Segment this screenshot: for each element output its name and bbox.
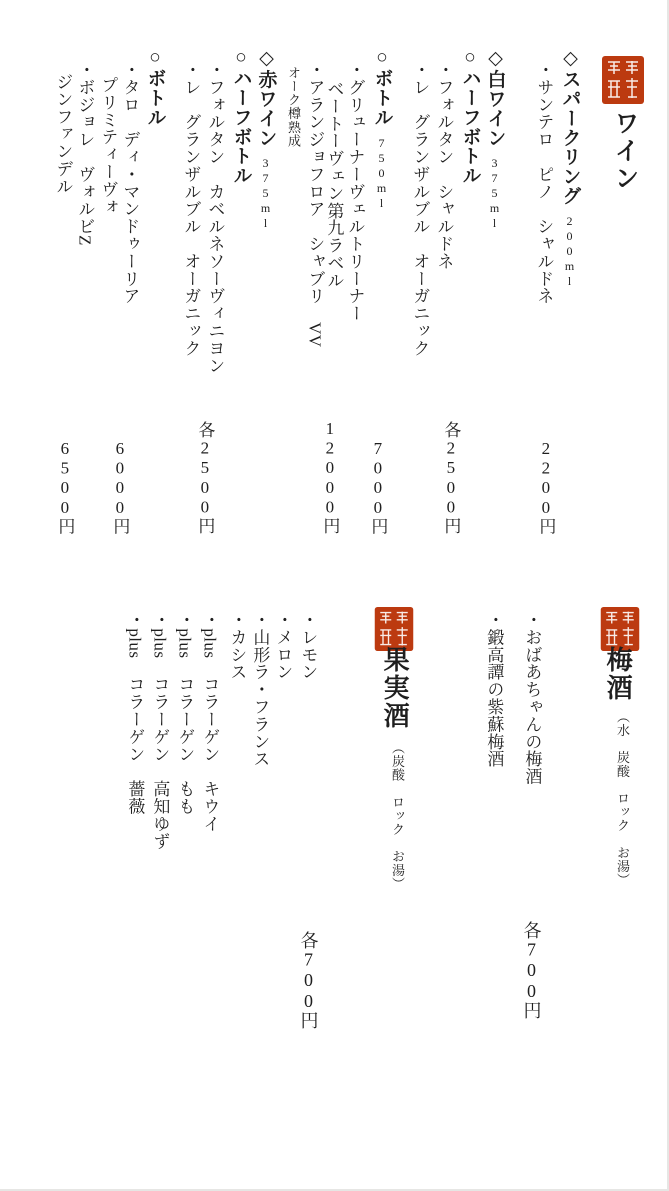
menu-item-talo-line2: プリミティーヴォ — [98, 76, 116, 215]
kajitsushu-serving-note: （炭酸 ロック お湯） — [390, 741, 404, 891]
bottle-size-label: 750ml — [375, 136, 389, 211]
hanko-seal-graphic — [602, 56, 644, 104]
menu-item-gruner: ・グリューナーヴェルトリーナー — [345, 61, 363, 322]
bottle-header-white-label: ○ボトル — [372, 47, 393, 127]
price-kajitsushu: 各700円 — [298, 931, 317, 1030]
half-bottle-header-white: ○ハーフボトル — [459, 47, 480, 185]
menu-item-plus-collagen-momo: ・plus コラーゲン もも — [175, 611, 193, 815]
menu-item-tantakatan-umeshu: ・鍛高譚の紫蘇梅酒 — [484, 611, 502, 768]
menu-item-chablis: ・アランジョフロア シャブリ VV — [305, 61, 323, 347]
price-talo: 6000円 — [110, 439, 128, 535]
menu-item-les-grands-arbres-white: ・レ グランザルブル オーガニック — [410, 61, 428, 357]
menu-item-lemon: ・レモン — [298, 611, 316, 681]
price-santero: 2200円 — [536, 439, 554, 535]
white-wine-header: ◇白ワイン375ml — [484, 47, 505, 231]
menu-item-fortant-chardonnay: ・フォルタン シャルドネ — [434, 61, 452, 270]
menu-item-obaachan-umeshu: ・おばあちゃんの梅酒 — [522, 611, 540, 785]
umeshu-section-title: 梅酒 — [603, 646, 631, 702]
menu-item-beaujolais-line2: ジンファンデル — [53, 73, 71, 195]
red-wine-header-label: ◇赤ワイン — [256, 47, 277, 147]
umeshu-serving-note: （水 炭酸 ロック お湯） — [615, 710, 629, 887]
red-wine-header: ◇赤ワイン375ml — [255, 47, 276, 231]
sparkling-header: ◇スパークリング200ml — [559, 47, 580, 289]
menu-item-plus-collagen-bara: ・plus コラーゲン 薔薇 — [125, 611, 143, 815]
bottle-header-white: ○ボトル750ml — [371, 47, 392, 211]
menu-item-fortant-cabernet: ・フォルタン カベルネソーヴィニヨン — [205, 61, 223, 374]
price-chablis: 12000円 — [320, 419, 338, 535]
white-wine-size-label: 375ml — [488, 156, 502, 231]
hanko-seal-graphic — [599, 607, 641, 651]
menu-item-gruner-line2: ベートーヴェン第九ラベル — [324, 80, 342, 289]
menu-item-melon: ・メロン — [273, 611, 291, 681]
price-beaujolais: 6500円 — [55, 439, 73, 535]
menu-item-talo: ・タロ ディ・マンドゥーリア — [120, 61, 138, 305]
drink-menu-page: ワイン ◇スパークリング200ml ・サンテロ ピノ シャルドネ 2200円 ◇… — [0, 0, 669, 1191]
wine-section-title: ワイン — [611, 110, 638, 193]
hanko-seal-graphic — [373, 607, 415, 651]
bottle-header-red: ○ボトル — [144, 47, 165, 127]
red-wine-size-label: 375ml — [259, 156, 273, 231]
menu-item-les-grands-arbres-red: ・レ グランザルブル オーガニック — [181, 61, 199, 357]
sparkling-header-label: ◇スパークリング — [560, 47, 581, 205]
menu-item-plus-collagen-kiwi: ・plus コラーゲン キウイ — [200, 611, 218, 832]
kajitsushu-section-title: 果実酒 — [380, 646, 408, 730]
chablis-oak-note: オーク樽熟成 — [286, 66, 300, 148]
sparkling-size-label: 200ml — [563, 214, 577, 289]
menu-item-cassis: ・カシス — [227, 611, 245, 681]
menu-item-beaujolais: ・ボジョレ ヴォルビZ — [75, 61, 93, 246]
menu-item-santero: ・サンテロ ピノ シャルドネ — [534, 61, 552, 305]
price-half-bottle-white: 各2500円 — [441, 421, 459, 535]
price-umeshu: 各700円 — [521, 921, 540, 1020]
menu-item-lafrance: ・山形ラ・フランス — [250, 611, 268, 768]
price-gruner: 7000円 — [368, 439, 386, 535]
menu-item-plus-collagen-yuzu: ・plus コラーゲン 高知ゆず — [150, 611, 168, 850]
white-wine-header-label: ◇白ワイン — [485, 47, 506, 147]
price-half-bottle-red: 各2500円 — [195, 421, 213, 535]
hanko-seal-icon — [602, 56, 644, 109]
half-bottle-header-red: ○ハーフボトル — [230, 47, 251, 185]
